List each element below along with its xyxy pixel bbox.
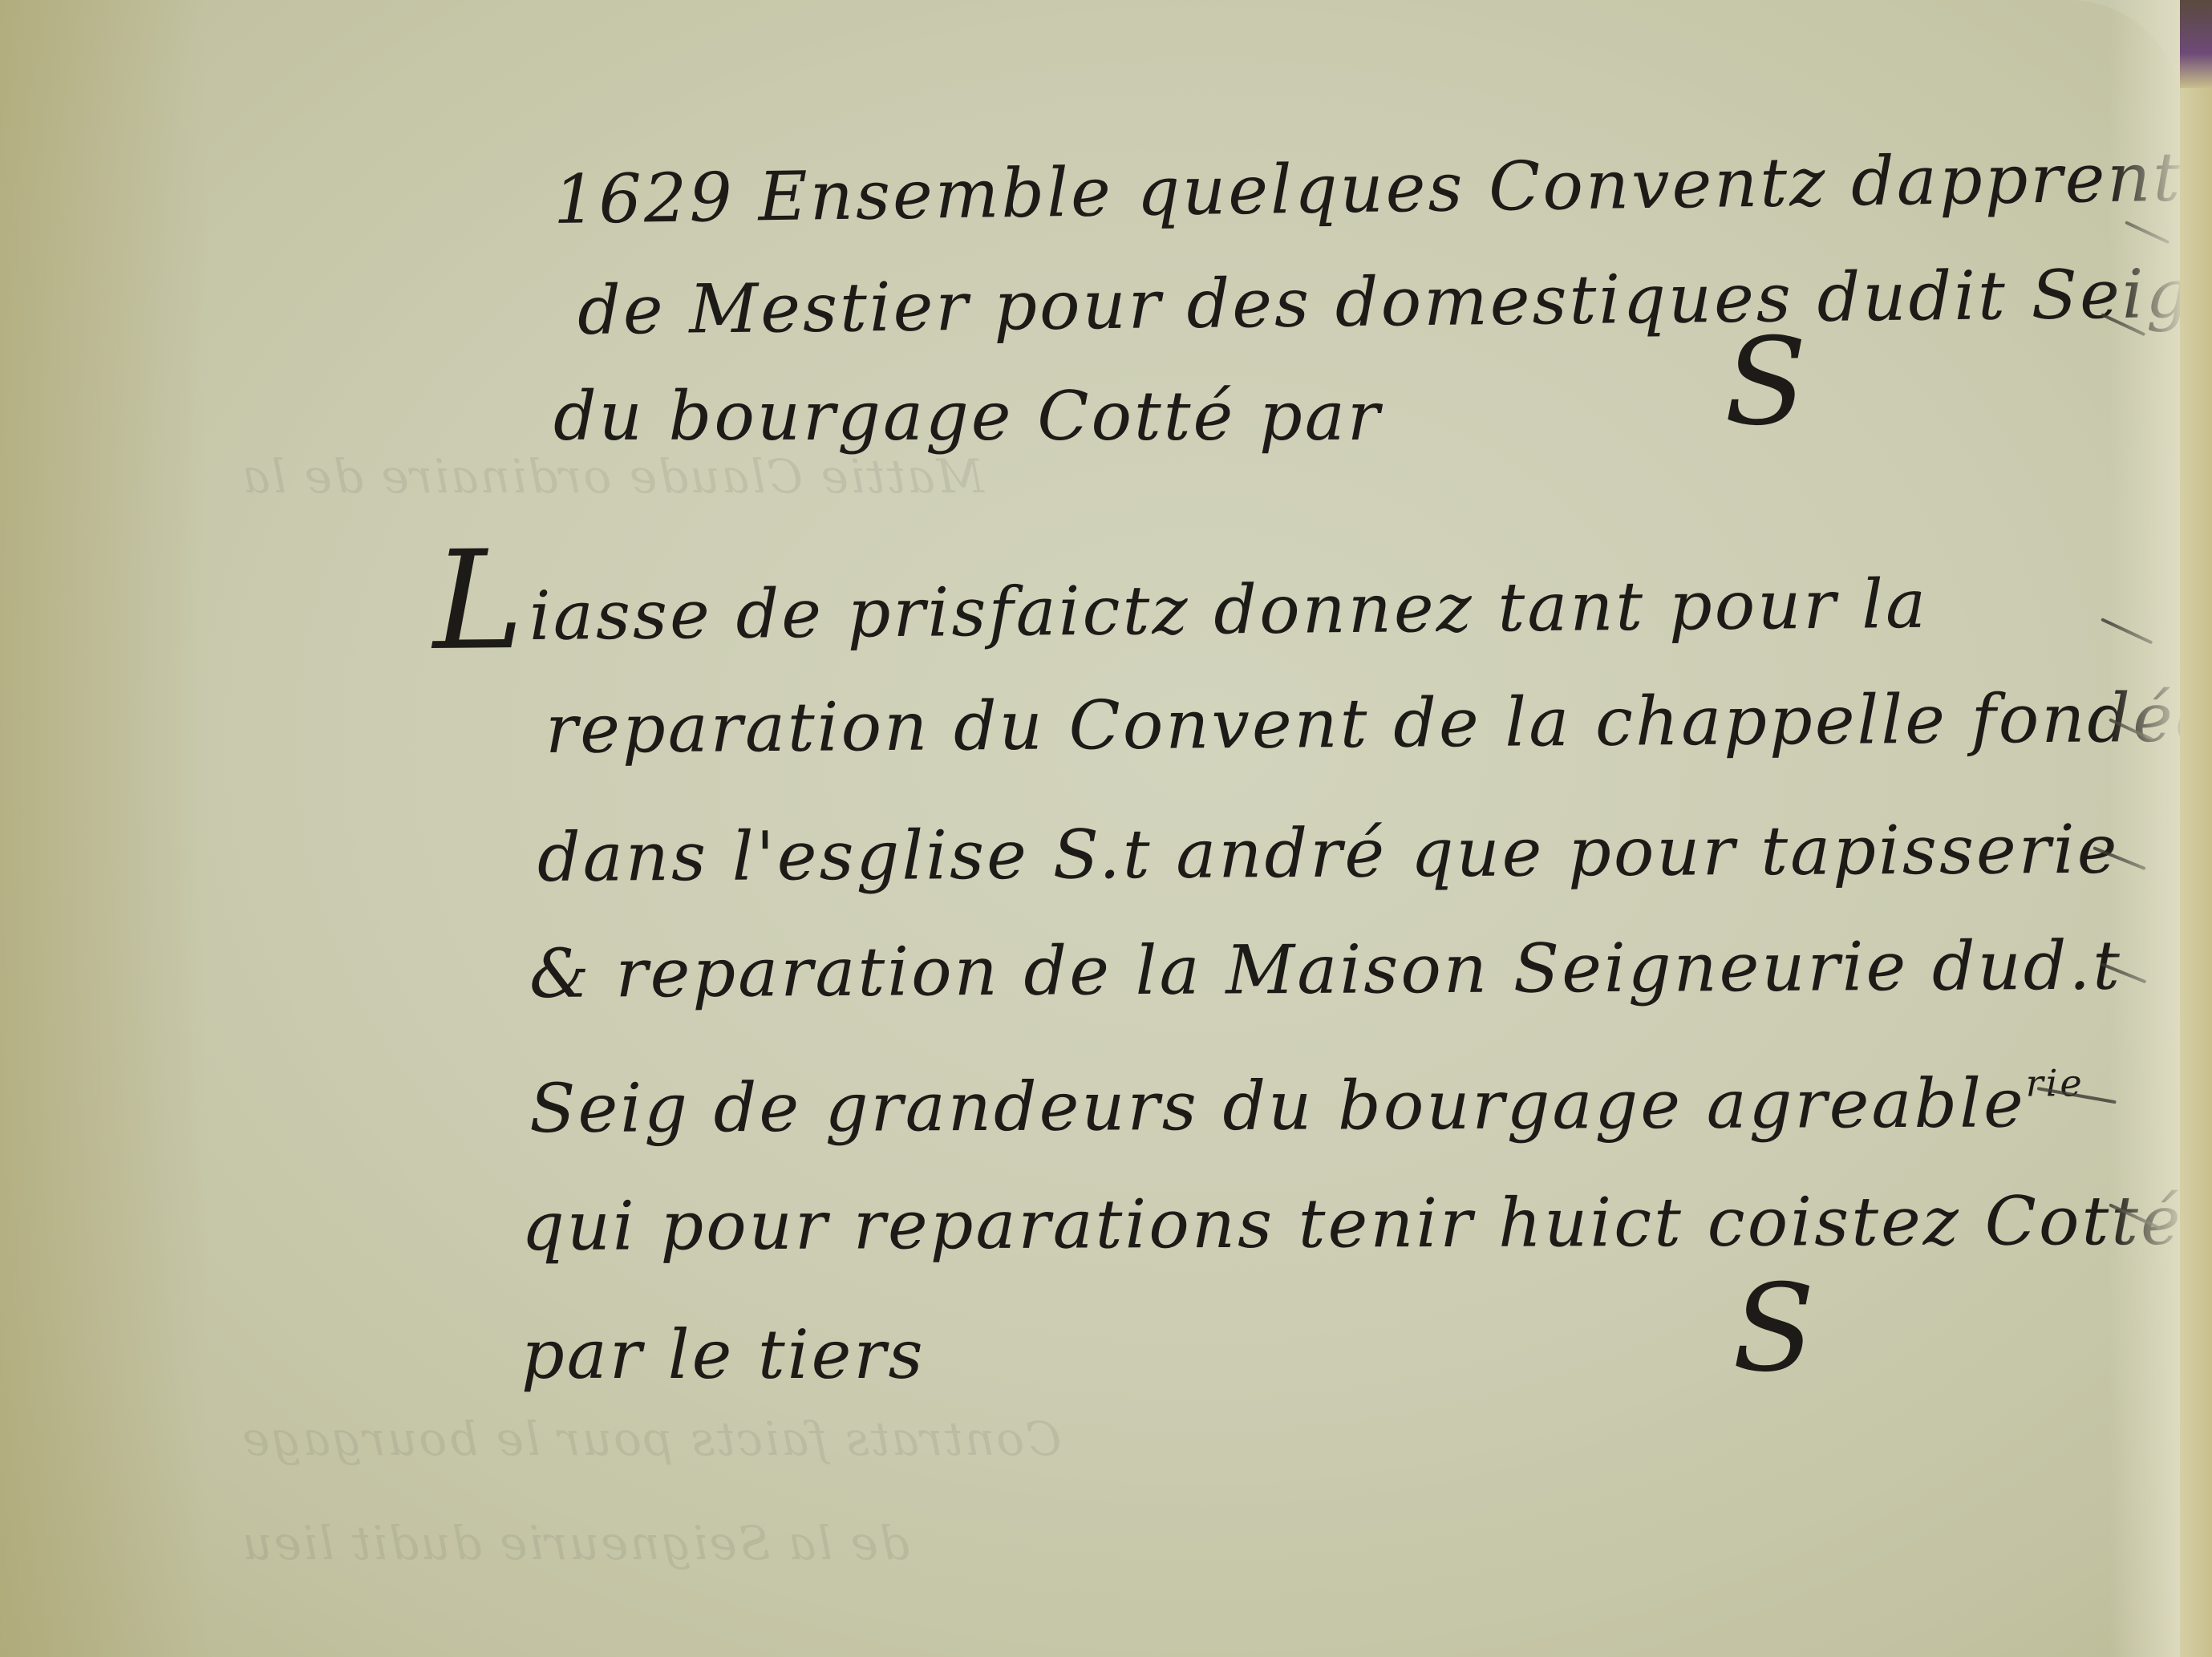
bleed-through-text: Mattie Claude ordinaire de la <box>241 449 984 504</box>
entry-2-line-5: Seig de grandeurs du bourgage agreableri… <box>529 1061 2084 1148</box>
entry-2-line-7: par le tiers <box>521 1315 926 1394</box>
line-filler-dash <box>2109 1203 2161 1230</box>
line-filler-dash <box>2109 718 2153 741</box>
bleed-through-text: de la Seigneurie dudit lieu <box>241 1516 910 1570</box>
line-text: reparation du Convent de la chappelle fo… <box>545 678 2212 768</box>
line-text: dans l'esglise S.t andré que pour tapiss… <box>537 810 2120 897</box>
line-filler-dash <box>2125 221 2169 244</box>
line-text: de Mestier pour des domestiques dudit Se… <box>577 254 2192 350</box>
decorated-initial: L <box>432 521 527 681</box>
entry-2-line-3: dans l'esglise S.t andré que pour tapiss… <box>537 810 2120 897</box>
entry-2-line-4: & reparation de la Maison Seigneurie dud… <box>529 926 2123 1013</box>
superscript-abbrev: rie <box>2026 1061 2084 1104</box>
entry-2-line-1: Liasse de prisfaictz donnez tant pour la <box>433 565 1929 656</box>
entry-1-line-2: de Mestier pour des domestiques dudit Se… <box>577 252 2211 350</box>
book-binding-edge <box>2180 0 2212 1657</box>
manuscript-page: Mattie Claude ordinaire de la Contrats f… <box>0 0 2182 1657</box>
line-text: par le tiers <box>521 1315 926 1394</box>
entry-1-margin-mark: S <box>1724 313 1807 452</box>
entry-1-line-1: 1629 Ensemble quelques Conventz dapprent… <box>553 135 2212 239</box>
line-text: qui pour reparations tenir huict coistez… <box>521 1181 2183 1266</box>
entry-2-line-6: qui pour reparations tenir huict coistez… <box>521 1181 2183 1266</box>
bleed-through-text: Contrats faicts pour le bourgage <box>241 1412 1062 1466</box>
line-text: 1629 Ensemble quelques Conventz dapprent… <box>553 135 2212 239</box>
line-filler-dash <box>2101 618 2153 644</box>
line-text: du bourgage Cotté par <box>553 377 1382 456</box>
entry-2-line-2: reparation du Convent de la chappelle fo… <box>545 678 2212 768</box>
line-text: Seig de grandeurs du bourgage agreable <box>529 1063 2026 1148</box>
line-text: & reparation de la Maison Seigneurie dud… <box>529 926 2123 1013</box>
entry-2-margin-mark: S <box>1732 1259 1815 1399</box>
book-cover-corner <box>2180 0 2212 88</box>
line-text: iasse de prisfaictz donnez tant pour la <box>529 565 1928 655</box>
entry-1-line-3: du bourgage Cotté par <box>553 377 1382 456</box>
